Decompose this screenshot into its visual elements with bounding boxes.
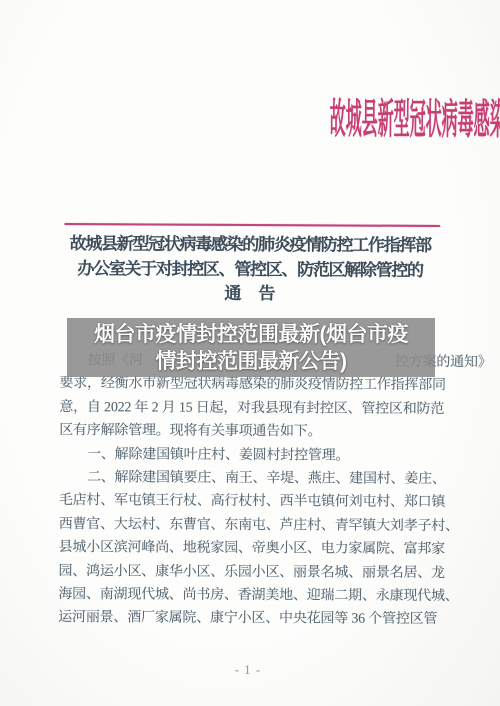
letterhead-banner: 故城县新型冠状病毒感染的肺炎疫情防控工作指挥部办公室	[1, 95, 500, 144]
body-line-item-1: 一、解除建国镇叶庄村、姜圆村封控管理。	[59, 443, 451, 468]
body-line: 园、鸿运小区、康华小区、乐园小区、丽景名城、丽景名居、龙	[58, 560, 450, 585]
caption-overlay-line1: 烟台市疫情封控范围最新(烟台市疫	[94, 321, 408, 348]
caption-overlay: 烟台市疫情封控范围最新(烟台市疫 情封控范围最新公告)	[67, 318, 435, 377]
body-line: 区有序解除管理。现将有关事项通告如下。	[59, 419, 451, 444]
body-line: 意，自 2022 年 2 月 15 日起，对我县现有封控区、管控区和防范	[59, 396, 451, 421]
letterhead-text: 故城县新型冠状病毒感染的肺炎疫情防控工作指挥部办公室	[330, 95, 500, 145]
document-title-line1: 故城县新型冠状病毒感染的肺炎疫情防控工作指挥部	[0, 232, 500, 259]
body-line: 运河丽景、酒厂家属院、康宁小区、中央花园等 36 个管控区管	[58, 606, 450, 631]
document-title-line3: 通 告	[0, 281, 500, 308]
page-number: - 1 -	[0, 661, 498, 680]
body-line: 县城小区滨河峰尚、地税家园、帝奥小区、电力家属院、富邦家	[59, 536, 451, 561]
body-line: 海园、南湖现代城、尚书房、香湖美地、迎瑞二期、永康现代城、	[58, 583, 450, 608]
body-line: 西曹官、大坛村、东曹官、东南屯、芦庄村、青罕镇大刘孝子村、	[59, 513, 451, 538]
caption-overlay-line2: 情封控范围最新公告)	[156, 348, 347, 375]
document-title-line2: 办公室关于对封控区、管控区、防范区解除管控的	[0, 256, 500, 283]
body-line: 毛店村、军屯镇王行杖、高行杖村、西半屯镇何刘屯村、郑口镇	[59, 489, 451, 514]
document-title: 故城县新型冠状病毒感染的肺炎疫情防控工作指挥部 办公室关于对封控区、管控区、防范…	[0, 232, 500, 308]
body-line-item-2: 二、解除建国镇要庄、南王、辛堤、燕庄、建国村、姜庄、	[59, 466, 451, 491]
document-photo: 故城县新型冠状病毒感染的肺炎疫情防控工作指挥部办公室 故城县新型冠状病毒感染的肺…	[0, 0, 500, 706]
document-body: 按照《河 控方案的通知》 要求，经衡水市新型冠状病毒感染的肺炎疫情防控工作指挥部…	[58, 349, 451, 632]
letterhead-divider-rule	[64, 223, 440, 227]
